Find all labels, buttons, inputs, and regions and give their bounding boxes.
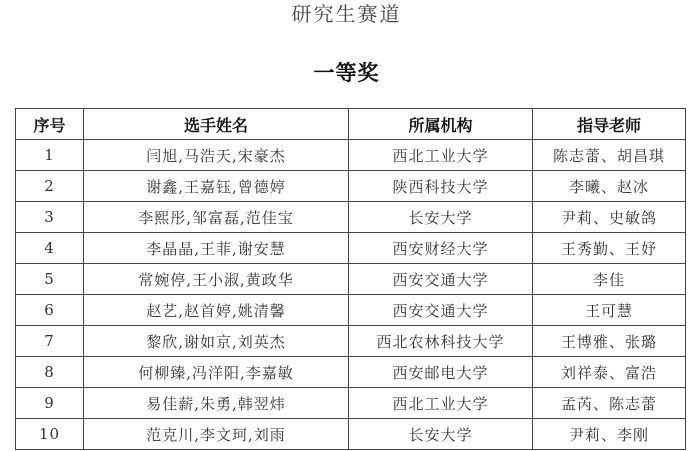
cell-advisors: 李曦、赵冰 <box>533 171 686 202</box>
cell-no: 4 <box>16 233 84 264</box>
cell-advisors: 王秀勤、王妤 <box>533 233 686 264</box>
header-institution: 所属机构 <box>349 109 533 140</box>
cell-no: 2 <box>16 171 84 202</box>
cell-no: 7 <box>16 326 84 357</box>
cell-members: 何柳臻,冯洋阳,李嘉敏 <box>84 357 349 388</box>
table-row: 5 常婉停,王小淑,黄政华 西安交通大学 李佳 <box>16 264 686 295</box>
cell-members: 李熙彤,邹富磊,范佳宝 <box>84 202 349 233</box>
cell-advisors: 王可慧 <box>533 295 686 326</box>
cell-institution: 陕西科技大学 <box>349 171 533 202</box>
cell-members: 闫旭,马浩天,宋豪杰 <box>84 140 349 171</box>
track-title: 研究生赛道 <box>0 0 693 28</box>
cell-institution: 长安大学 <box>349 202 533 233</box>
cell-institution: 西安交通大学 <box>349 295 533 326</box>
cell-members: 易佳薪,朱勇,韩翌炜 <box>84 388 349 419</box>
cell-no: 6 <box>16 295 84 326</box>
cell-institution: 西安财经大学 <box>349 233 533 264</box>
cell-members: 黎欣,谢如京,刘英杰 <box>84 326 349 357</box>
cell-members: 常婉停,王小淑,黄政华 <box>84 264 349 295</box>
cell-institution: 西北农林科技大学 <box>349 326 533 357</box>
award-title: 一等奖 <box>0 58 693 88</box>
cell-no: 10 <box>16 419 84 450</box>
table-row: 8 何柳臻,冯洋阳,李嘉敏 西安邮电大学 刘祥泰、富浩 <box>16 357 686 388</box>
header-members: 选手姓名 <box>84 109 349 140</box>
cell-institution: 西北工业大学 <box>349 388 533 419</box>
header-no: 序号 <box>16 109 84 140</box>
table-row: 3 李熙彤,邹富磊,范佳宝 长安大学 尹莉、史敏鸽 <box>16 202 686 233</box>
cell-no: 8 <box>16 357 84 388</box>
table-row: 6 赵艺,赵首婷,姚清馨 西安交通大学 王可慧 <box>16 295 686 326</box>
cell-members: 李晶晶,王菲,谢安慧 <box>84 233 349 264</box>
table-row: 4 李晶晶,王菲,谢安慧 西安财经大学 王秀勤、王妤 <box>16 233 686 264</box>
table-row: 9 易佳薪,朱勇,韩翌炜 西北工业大学 孟芮、陈志蕾 <box>16 388 686 419</box>
table-row: 1 闫旭,马浩天,宋豪杰 西北工业大学 陈志蕾、胡昌琪 <box>16 140 686 171</box>
table-row: 2 谢鑫,王嘉钰,曾德婷 陕西科技大学 李曦、赵冰 <box>16 171 686 202</box>
cell-no: 1 <box>16 140 84 171</box>
cell-advisors: 陈志蕾、胡昌琪 <box>533 140 686 171</box>
table-header-row: 序号 选手姓名 所属机构 指导老师 <box>16 109 686 140</box>
cell-advisors: 王博雅、张璐 <box>533 326 686 357</box>
cell-no: 9 <box>16 388 84 419</box>
cell-no: 3 <box>16 202 84 233</box>
cell-advisors: 尹莉、李刚 <box>533 419 686 450</box>
cell-institution: 长安大学 <box>349 419 533 450</box>
awards-table: 序号 选手姓名 所属机构 指导老师 1 闫旭,马浩天,宋豪杰 西北工业大学 陈志… <box>15 108 686 450</box>
header-advisors: 指导老师 <box>533 109 686 140</box>
cell-no: 5 <box>16 264 84 295</box>
cell-institution: 西安交通大学 <box>349 264 533 295</box>
cell-advisors: 尹莉、史敏鸽 <box>533 202 686 233</box>
cell-institution: 西北工业大学 <box>349 140 533 171</box>
cell-advisors: 刘祥泰、富浩 <box>533 357 686 388</box>
cell-members: 谢鑫,王嘉钰,曾德婷 <box>84 171 349 202</box>
cell-institution: 西安邮电大学 <box>349 357 533 388</box>
cell-advisors: 孟芮、陈志蕾 <box>533 388 686 419</box>
table-row: 7 黎欣,谢如京,刘英杰 西北农林科技大学 王博雅、张璐 <box>16 326 686 357</box>
cell-advisors: 李佳 <box>533 264 686 295</box>
cell-members: 范克川,李文珂,刘雨 <box>84 419 349 450</box>
cell-members: 赵艺,赵首婷,姚清馨 <box>84 295 349 326</box>
table-row: 10 范克川,李文珂,刘雨 长安大学 尹莉、李刚 <box>16 419 686 450</box>
